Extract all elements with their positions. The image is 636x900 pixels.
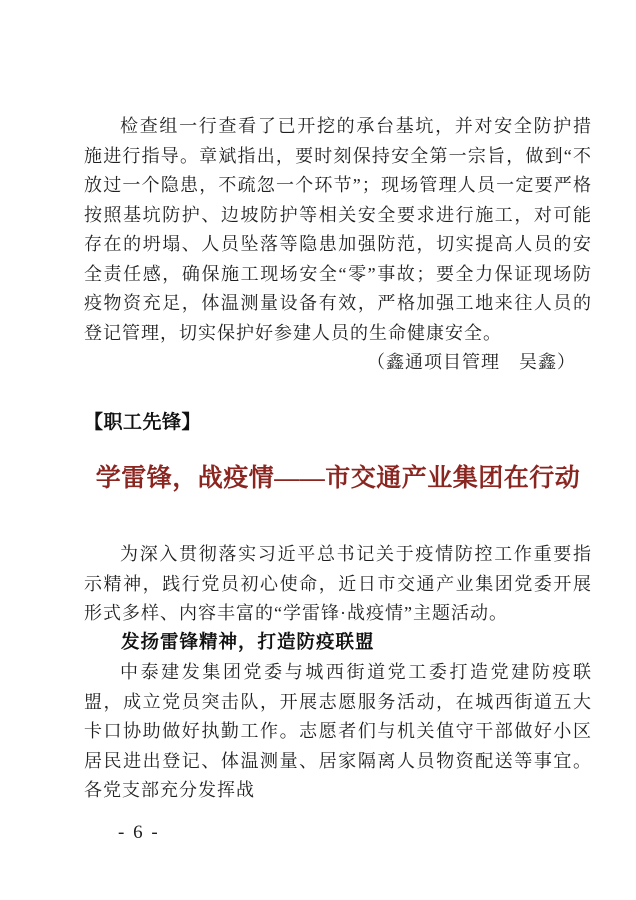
page-number: - 6 -	[118, 822, 160, 844]
page-content: 检查组一行查看了已开挖的承台基坑，并对安全防护措施进行指导。章斌指出，要时刻保持…	[0, 112, 636, 806]
paragraph-inspection-report: 检查组一行查看了已开挖的承台基坑，并对安全防护措施进行指导。章斌指出，要时刻保持…	[84, 112, 592, 348]
section-header-worker-pioneer: 【职工先锋】	[84, 408, 592, 438]
byline-attribution: （鑫通项目管理 吴鑫）	[84, 348, 592, 378]
article-subheading: 发扬雷锋精神，打造防疫联盟	[84, 629, 592, 659]
document-page: 检查组一行查看了已开挖的承台基坑，并对安全防护措施进行指导。章斌指出，要时刻保持…	[0, 0, 636, 900]
paragraph-article-intro: 为深入贯彻落实习近平总书记关于疫情防控工作重要指示精神，践行党员初心使命，近日市…	[84, 540, 592, 629]
article-title: 学雷锋，战疫情——市交通产业集团在行动	[84, 461, 592, 497]
paragraph-article-body: 中泰建发集团党委与城西街道党工委打造党建防疫联盟，成立党员突击队，开展志愿服务活…	[84, 658, 592, 806]
